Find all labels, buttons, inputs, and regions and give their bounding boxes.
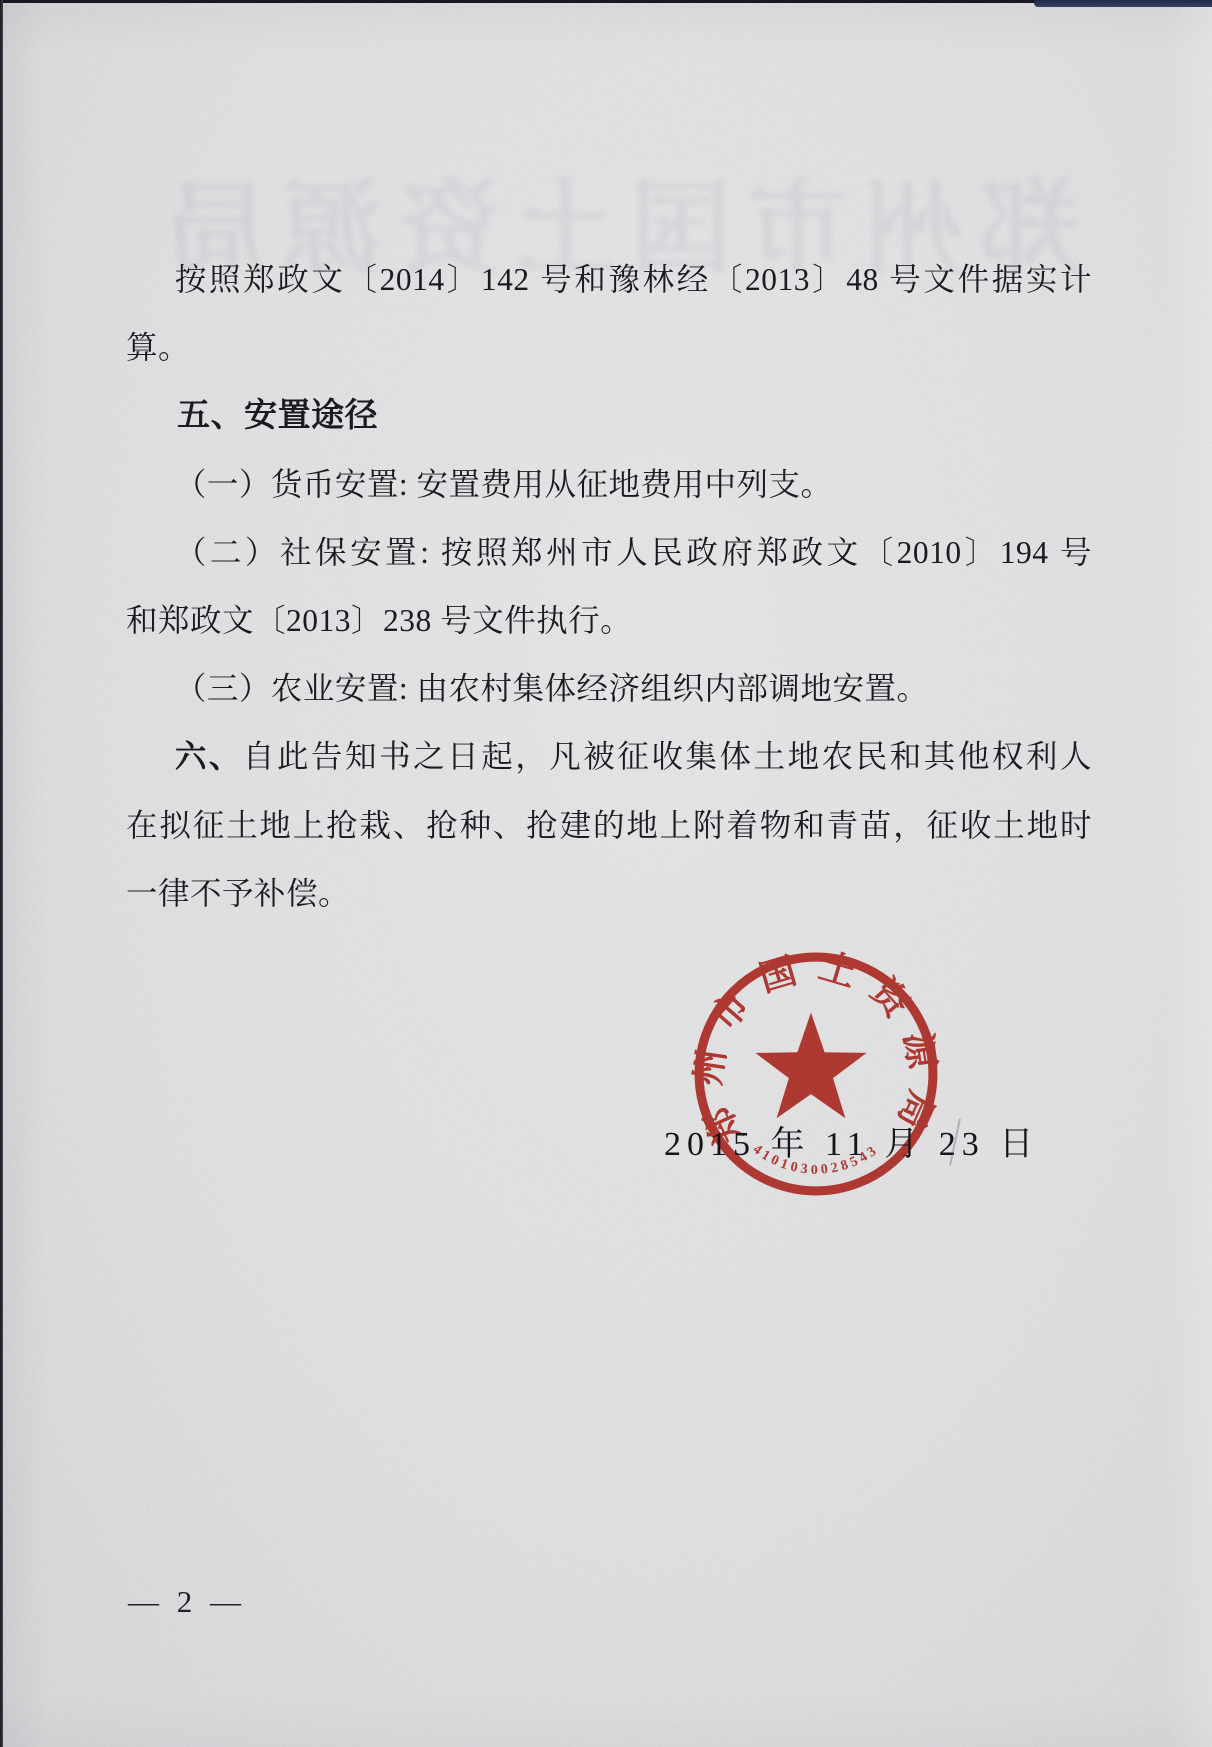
scanned-document-page: { "page": { "background_color": "#e8e8ea… [0, 0, 1212, 1747]
document-lines: 按照郑政文〔2014〕142 号和豫林经〔2013〕48 号文件据实计算。五、安… [126, 246, 1092, 928]
section-heading: 五、安置途径 [126, 382, 1092, 450]
text-line-5: （二）社保安置: 按照郑州市人民政府郑政文〔2010〕194 号 [126, 519, 1092, 587]
text-line-6: 和郑政文〔2013〕238 号文件执行。 [126, 587, 1092, 655]
item-number-prefix: 六、 [175, 739, 243, 774]
text-line-10: 一律不予补偿。 [126, 860, 1092, 928]
scan-edge-top-right [1034, 0, 1212, 7]
scan-edge-left [0, 0, 3, 1747]
issue-date: 2015 年 11 月 23 日 [664, 1116, 964, 1165]
text-line-4: （一）货币安置: 安置费用从征地费用中列支。 [126, 451, 1092, 519]
text-line-1: 按照郑政文〔2014〕142 号和豫林经〔2013〕48 号文件据实计 [126, 246, 1092, 314]
seal-star-icon [755, 1013, 866, 1119]
text-line-8: 六、自此告知书之日起，凡被征收集体土地农民和其他权利人 [126, 723, 1092, 791]
scan-edge-top [0, 0, 1212, 3]
text-line-9: 在拟征土地上抢栽、抢种、抢建的地上附着物和青苗，征收土地时 [126, 792, 1092, 860]
text-line-2: 算。 [126, 314, 1092, 382]
text-line-7: （三）农业安置: 由农村集体经济组织内部调地安置。 [126, 655, 1092, 723]
page-number: — 2 — [128, 1584, 246, 1620]
